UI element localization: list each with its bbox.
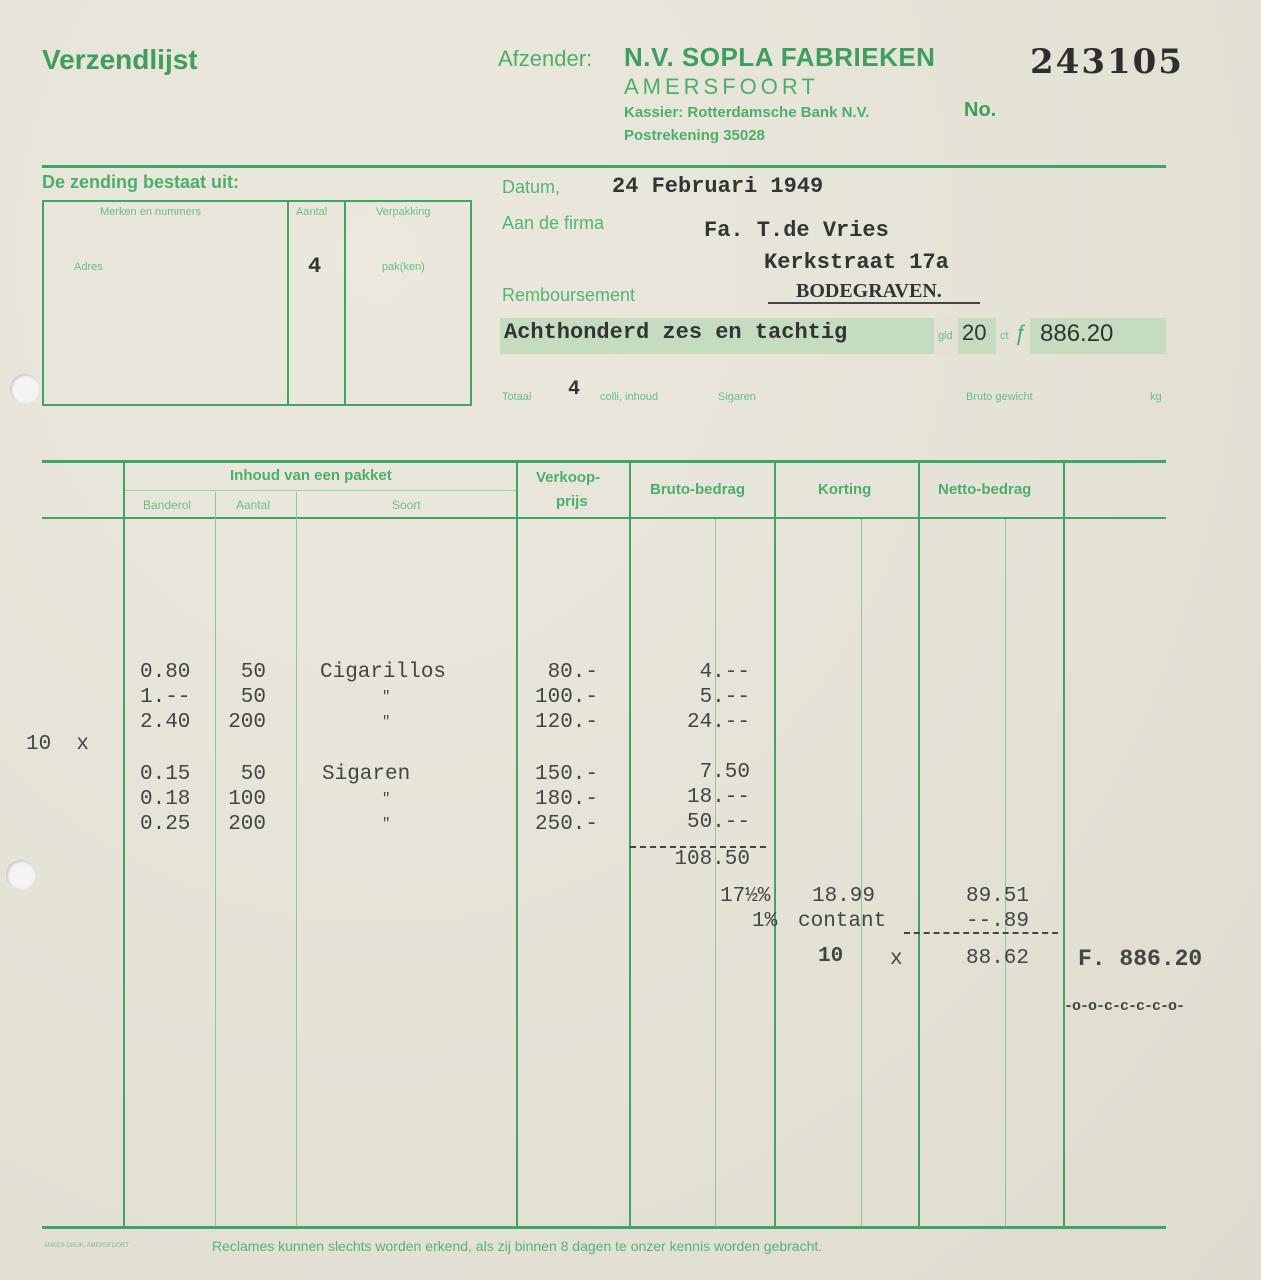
town-underline [768,302,980,304]
row-aantal: 50 [232,660,266,685]
row-soort: " [382,787,390,812]
row-banderol: 2.40 [140,710,190,735]
gld-label: gld [938,330,953,342]
packet-multiplier: 10 x [26,732,89,757]
date-value: 24 Februari 1949 [612,174,823,199]
punch-hole [10,374,40,404]
sender-label: Afzender: [498,46,592,72]
row-aantal: 200 [216,710,266,735]
packaging-value: pak(ken) [382,261,425,273]
discount-amount: 18.99 [812,884,875,909]
date-label: Datum, [502,177,560,198]
korting-header: Korting [818,481,871,498]
row-banderol: 0.18 [140,787,190,812]
row-bruto: 50.-- [640,810,750,835]
multiplier-count: 10 [818,944,843,969]
colli-label: colli, inhoud [600,391,658,403]
company-city: AMERSFOORT [624,74,819,100]
row-soort: " [382,685,390,710]
row-prijs: 120.- [520,710,598,735]
row-banderol: 0.15 [140,762,190,787]
col-divider [1063,462,1065,1226]
document-title: Verzendlijst [42,44,198,76]
shipment-divider-2 [344,200,346,406]
discount-percentage: 17½% [720,884,770,909]
row-bruto: 5.-- [640,685,750,710]
row-bruto: 18.-- [640,785,750,810]
soort-header: Soort [392,498,421,512]
netto-header: Netto-bedrag [938,481,1031,498]
col-divider [1005,519,1006,1226]
amount-in-words: Achthonderd zes en tachtig [504,320,847,345]
amount-value: 886.20 [1040,320,1113,348]
bruto-header: Bruto-bedrag [650,481,745,498]
total-colli-value: 4 [568,378,580,401]
weight-unit: kg [1150,391,1162,403]
netto-after-discount: 89.51 [966,884,1029,909]
shipment-box [42,200,472,406]
row-prijs: 100.- [520,685,598,710]
col-divider [296,492,297,1226]
row-prijs: 180.- [520,787,598,812]
col-divider [774,462,776,1226]
row-prijs: 150.- [520,762,598,787]
ct-label: ct [1000,330,1009,342]
marks-header: Merken en nummers [100,206,201,218]
company-name: N.V. SOPLA FABRIEKEN [624,42,935,73]
marks-value: Adres [74,261,103,273]
row-bruto: 24.-- [640,710,750,735]
verkoopprijs-header-2: prijs [556,493,588,510]
rembours-label: Remboursement [502,285,635,306]
col-divider [516,462,518,1226]
contents-value: Sigaren [718,391,756,403]
row-soort: Cigarillos [320,660,446,685]
firm-street: Kerkstraat 17a [764,250,949,275]
row-soort: Sigaren [322,762,410,787]
table-header-rule [42,517,1166,519]
count-value: 4 [308,254,321,279]
col-divider [918,462,920,1226]
cash-label: contant [798,909,886,934]
verkoopprijs-header-1: Verkoop- [536,469,600,486]
table-top-rule [42,460,1166,463]
multiplier-x: x [890,947,903,972]
grand-total: F. 886.20 [1078,947,1202,972]
col-divider [629,462,631,1226]
weight-label: Bruto gewicht [966,391,1033,403]
cashier-info: Kassier: Rotterdamsche Bank N.V. [624,104,869,121]
total-label: Totaal [502,391,531,403]
firm-name: Fa. T.de Vries [704,218,889,243]
row-soort: " [382,812,390,837]
netto-per-packet: 88.62 [966,946,1029,971]
group-header-rule [124,490,516,491]
printer-imprint: ANKER-DRUK, AMERSFOORT [44,1243,129,1249]
packaging-header: Verpakking [376,206,430,218]
aantal-header: Aantal [236,498,270,512]
row-aantal: 50 [232,685,266,710]
closing-mark: -o-o-c-c-c-c-o- [1064,994,1184,1019]
currency-sign: ƒ [1014,320,1026,346]
cash-discount-amount: --.89 [966,909,1029,934]
col-divider [861,519,862,1226]
row-banderol: 1.-- [140,685,190,710]
bruto-total: 108.50 [640,847,750,872]
claims-notice: Reclames kunnen slechts worden erkend, a… [212,1238,822,1254]
table-bottom-rule [42,1226,1166,1229]
col-divider [123,462,125,1226]
shipment-divider-1 [287,200,289,406]
row-banderol: 0.80 [140,660,190,685]
document-number: 243105 [1030,42,1184,82]
cents-value: 20 [962,320,986,346]
col-divider [715,519,716,1226]
group-header: Inhoud van een pakket [230,467,392,484]
postal-account: Postrekening 35028 [624,127,765,144]
count-header: Aantal [296,206,327,218]
row-aantal: 200 [216,812,266,837]
row-banderol: 0.25 [140,812,190,837]
row-aantal: 100 [216,787,266,812]
netto-sum-rule [904,932,1058,934]
col-divider [215,492,216,1226]
firm-town: BODEGRAVEN. [796,280,942,303]
row-prijs: 80.- [520,660,598,685]
shipment-heading: De zending bestaat uit: [42,172,239,193]
number-label: No. [964,99,996,122]
row-bruto: 7.50 [640,760,750,785]
row-soort: " [382,710,390,735]
row-aantal: 50 [232,762,266,787]
firm-label: Aan de firma [502,213,604,234]
row-bruto: 4.-- [640,660,750,685]
punch-hole [6,860,36,890]
row-prijs: 250.- [520,812,598,837]
header-divider [42,165,1166,168]
cash-percentage: 1% [752,909,777,934]
banderol-header: Banderol [143,498,191,512]
